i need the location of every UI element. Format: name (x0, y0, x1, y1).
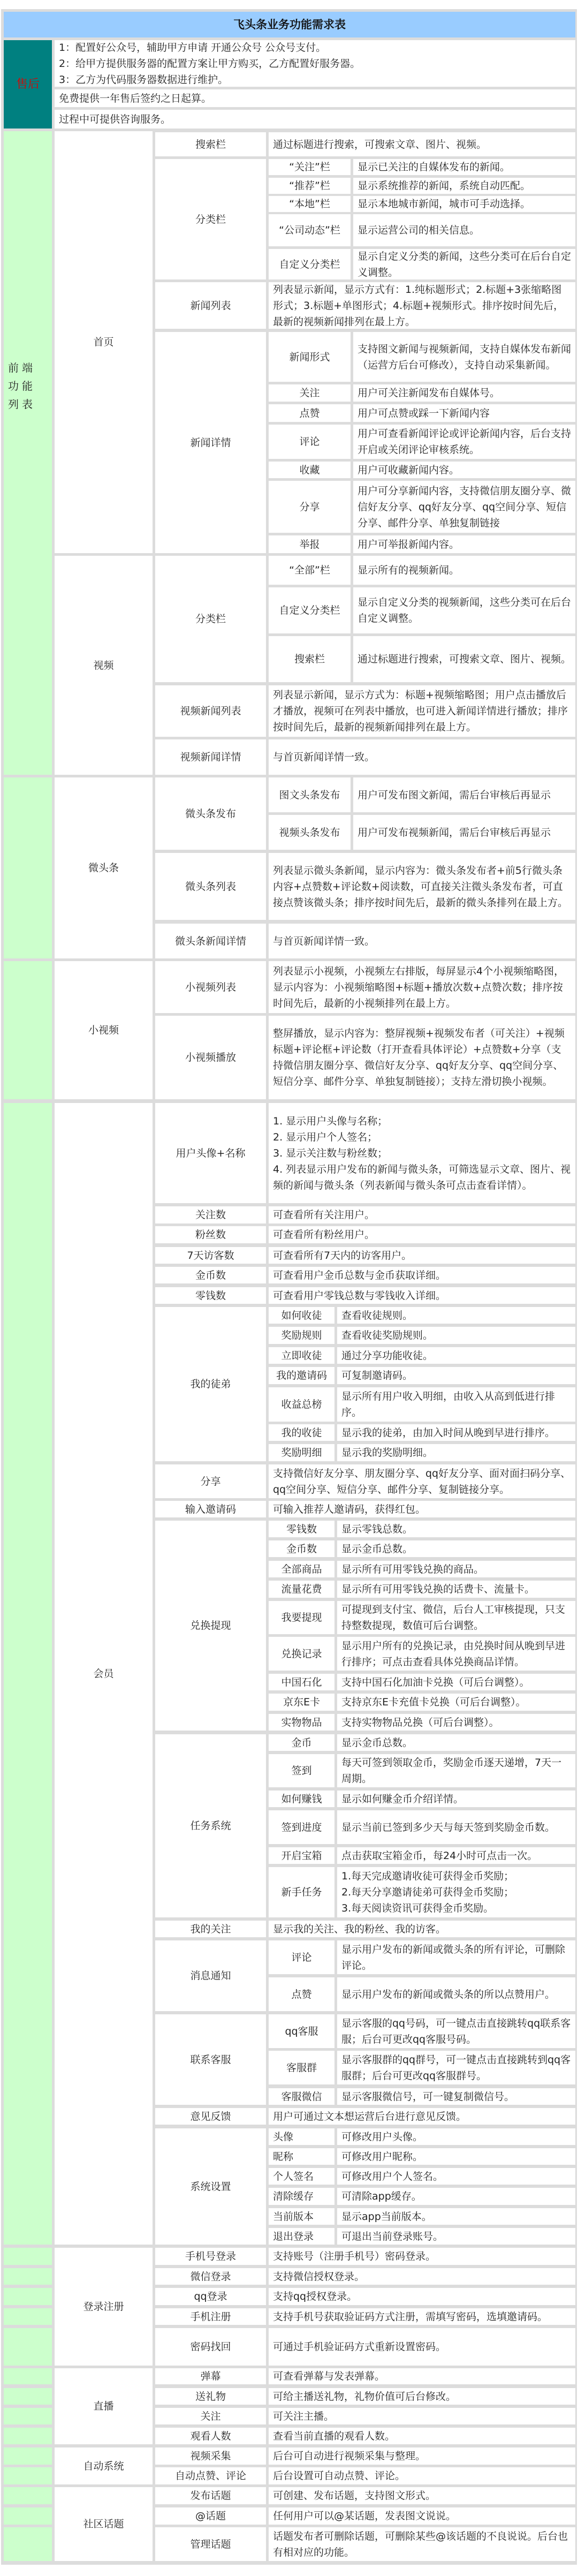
feature-name-text: 关注数 (195, 1207, 226, 1223)
section-name: 直播 (55, 2368, 153, 2444)
section-name-text: 直播 (93, 2398, 113, 2414)
feature-name-text: 视频新闻详情 (180, 749, 241, 765)
sub-feature-desc-text: 可修改用户昵称。 (341, 2149, 423, 2165)
feature-name-text: 用户头像+名称 (176, 1145, 246, 1161)
sub-feature-name: 我的收徒 (269, 1424, 334, 1441)
feature-desc-text: 支持微信好友分享、朋友圈分享、qq好友分享、面对面扫码分享、qq空间分享、短信分… (273, 1465, 571, 1498)
sub-feature-name-text: 我的邀请码 (276, 1368, 327, 1384)
feature-name: 兑换提现 (155, 1521, 266, 1731)
sub-feature-name-text: 个人签名 (273, 2169, 314, 2185)
sub-feature-desc-text: 查看收徒规则。 (341, 1308, 413, 1324)
sub-feature-desc-text: 显示我的徒弟，由加入时间从晚到早进行排序。 (341, 1425, 555, 1441)
sub-feature-name: 我的邀请码 (269, 1367, 334, 1384)
feature-desc: 支持账号（注册手机号）密码登录。 (269, 2248, 575, 2265)
sub-feature-desc-text: 显示客服微信号，可一键复制微信号。 (341, 2089, 514, 2105)
sub-feature-name-text: 搜索栏 (294, 651, 325, 667)
feature-name: 我的关注 (155, 1921, 266, 1937)
feature-name: 手机注册 (155, 2308, 266, 2325)
sub-feature-desc: 显示本地城市新闻，城市可手动选择。 (353, 196, 575, 212)
feature-name-text: 新闻详情 (190, 435, 231, 451)
feature-name-text: 微信登录 (190, 2269, 231, 2285)
feature-desc-text: 列表显示新闻，显示方式有：1.纯标题形式；2.标题+3张缩略图形式；3.标题+单… (273, 282, 571, 329)
page-title-text: 飞头条业务功能需求表 (233, 17, 346, 33)
feature-desc: 显示我的关注、我的粉丝、我的访客。 (269, 1921, 575, 1937)
sub-feature-name: 我要提现 (269, 1601, 334, 1634)
feature-desc-text: 话题发布者可删除话题，可删除某些@该话题的不良说说。后台也有相对应的功能。 (273, 2528, 571, 2560)
feature-desc: 支持手机号获取验证码方式注册，需填写密码，选填邀请码。 (269, 2308, 575, 2325)
sub-feature-name: 客服群 (269, 2051, 334, 2084)
sub-feature-name-text: 自定义分类栏 (279, 256, 340, 273)
sub-feature-name: 签到进度 (269, 1810, 334, 1844)
sub-feature-name: 新闻形式 (269, 332, 351, 382)
feature-desc: 列表显示小视频，小视频左右排版，每屏显示4个小视频缩略图，显示内容为：小视频缩略… (269, 961, 575, 1013)
sub-feature-name-text: 收益总榜 (281, 1396, 322, 1412)
section-name: 登录注册 (55, 2248, 153, 2366)
section-marker (4, 2507, 52, 2525)
sub-feature-name-text: “关注”栏 (289, 159, 330, 175)
after-sales-item: 免费提供一年售后签约之日起算。 (55, 89, 575, 107)
sub-feature-desc-text: 显示当前已签到多少天与每天签到奖励金币数。 (341, 1819, 555, 1835)
sub-feature-desc-text: 可修改用户个人签名。 (341, 2169, 443, 2185)
sub-feature-name: 退出登录 (269, 2228, 334, 2245)
feature-name-text: 微头条新闻详情 (175, 933, 246, 949)
sub-feature-desc: 用户可发布图文新闻，需后台审核后再显示 (353, 777, 575, 812)
feature-desc-text: 后台设置可自动点赞、评论。 (273, 2468, 405, 2484)
sub-feature-name-text: 奖励规则 (281, 1327, 322, 1343)
feature-name: 7天访客数 (155, 1247, 266, 1264)
sub-feature-desc-text: 显示我的奖励明细。 (341, 1445, 433, 1461)
sub-feature-name: 当前版本 (269, 2208, 334, 2225)
feature-desc: 可给主播送礼物，礼物价值可后台修改。 (269, 2388, 575, 2405)
sub-feature-desc: 显示零钱总数。 (337, 1521, 575, 1537)
frontend-feature-list-label: 前端功能列表 (4, 131, 52, 775)
feature-desc: 可输入推荐人邀请码，获得红包。 (269, 1501, 575, 1517)
section-marker (4, 2268, 52, 2285)
feature-name: 自动点赞、评论 (155, 2467, 266, 2484)
sub-feature-desc-text: 显示零钱总数。 (341, 1521, 413, 1537)
sub-feature-desc-text: 显示用户发布的新闻或微头条的所有评论，可删除评论。 (341, 1942, 571, 1974)
sub-feature-name-text: 流量花费 (281, 1581, 322, 1597)
sub-feature-name-text: 点赞 (299, 405, 320, 421)
sub-feature-name: 昵称 (269, 2148, 334, 2165)
sub-feature-desc: 显示客服群的qq群号，可一键点击直接跳转到qq客服群；后台可更改qq客服群号。 (337, 2051, 575, 2084)
sub-feature-name: 分享 (269, 481, 351, 533)
feature-name-text: 视频新闻列表 (180, 703, 241, 719)
feature-name: 关注 (155, 2408, 266, 2424)
sub-feature-name: 实物物品 (269, 1714, 334, 1731)
feature-desc: 可查看所有7天内的访客用户。 (269, 1247, 575, 1264)
sub-feature-desc-text: 显示所有可用零钱兑换的商品。 (341, 1561, 484, 1577)
sub-feature-name: 立即收徒 (269, 1347, 334, 1364)
feature-desc: 可通过手机验证码方式重新设置密码。 (269, 2328, 575, 2366)
feature-desc-text: 列表显示小视频，小视频左右排版，每屏显示4个小视频缩略图，显示内容为：小视频缩略… (273, 963, 571, 1011)
sub-feature-name-text: 金币 (291, 1735, 311, 1751)
sub-feature-desc-text: 每天可签到领取金币，奖励金币逐天递增，7天一周期。 (341, 1755, 571, 1787)
feature-desc: 列表显示新闻，显示方式有：1.纯标题形式；2.标题+3张缩略图形式；3.标题+单… (269, 282, 575, 329)
feature-name: 微头条列表 (155, 853, 266, 920)
feature-name-text: 关注 (200, 2408, 220, 2424)
feature-name-text: 送礼物 (195, 2389, 226, 2405)
sub-feature-desc-text: 显示如何赚金币介绍详情。 (341, 1791, 463, 1807)
after-sales-item-text: 过程中可提供咨询服务。 (59, 111, 171, 127)
feature-name-text: 新闻列表 (190, 298, 231, 314)
feature-name: 输入邀请码 (155, 1501, 266, 1517)
feature-name: 送礼物 (155, 2388, 266, 2405)
sub-feature-name-text: 昵称 (273, 2149, 293, 2165)
feature-name-text: 兑换提现 (190, 1618, 231, 1634)
feature-name: @话题 (155, 2507, 266, 2525)
after-sales-item: 过程中可提供咨询服务。 (55, 110, 575, 129)
sub-feature-name: 兑换记录 (269, 1637, 334, 1671)
sub-feature-desc: 可提现到支付宝、微信，后台人工审核提现，只支持整数提现，数值可后台调整。 (337, 1601, 575, 1634)
sub-feature-desc: 支持京东E卡充值卡兑换（可后台调整）。 (337, 1694, 575, 1711)
sub-feature-desc-text: 可修改用户头像。 (341, 2129, 423, 2145)
sub-feature-desc-text: 用户可关注新闻发布自媒体号。 (358, 385, 500, 401)
sub-feature-desc: 显示自定义分类的新闻，这些分类可在后台自定义调整。 (353, 249, 575, 279)
feature-name-text: 自动点赞、评论 (175, 2468, 246, 2484)
sub-feature-desc: 用户可发布视频新闻，需后台审核后再显示 (353, 815, 575, 850)
feature-desc-text: 整屏播放，显示内容为：整屏视频+视频发布者（可关注）+视频标题+评论框+评论数（… (273, 1025, 571, 1090)
feature-desc: 用户可通过文本想运营后台进行意见反馈。 (269, 2108, 575, 2125)
feature-desc: 支持微信授权登录。 (269, 2268, 575, 2285)
feature-name: 微信登录 (155, 2268, 266, 2285)
feature-name: 任务系统 (155, 1734, 266, 1917)
sub-feature-desc: 显示所有的视频新闻。 (353, 556, 575, 585)
sub-feature-desc-text: 用户可发布图文新闻，需后台审核后再显示 (358, 787, 551, 803)
sub-feature-desc: 显示当前已签到多少天与每天签到奖励金币数。 (337, 1810, 575, 1844)
section-marker (4, 2328, 52, 2366)
sub-feature-desc-text: 显示所有可用零钱兑换的话费卡、流量卡。 (341, 1581, 535, 1597)
sub-feature-name-text: 收藏 (299, 462, 320, 478)
feature-name-text: 意见反馈 (190, 2109, 231, 2125)
section-marker (4, 2408, 52, 2424)
sub-feature-name: 自定义分类栏 (269, 587, 351, 633)
sub-feature-desc: 可修改用户个人签名。 (337, 2168, 575, 2185)
section-name-text: 会员 (93, 1666, 113, 1682)
feature-name-text: 分类栏 (195, 611, 226, 627)
feature-desc: 查看当前直播的观看人数。 (269, 2428, 575, 2444)
feature-name-text: 联系客服 (190, 2052, 231, 2068)
section-marker (4, 2288, 52, 2305)
feature-name: 视频新闻列表 (155, 685, 266, 737)
feature-name-text: 视频采集 (190, 2448, 231, 2464)
feature-desc-text: 可关注主播。 (273, 2408, 334, 2424)
sub-feature-name-text: 零钱数 (286, 1521, 317, 1537)
feature-name-text: 微头条发布 (185, 806, 236, 822)
sub-feature-name-text: 兑换记录 (281, 1646, 322, 1662)
feature-name: 消息通知 (155, 1940, 266, 2011)
feature-name-text: 我的徒弟 (190, 1376, 231, 1392)
feature-desc-text: 可通过手机验证码方式重新设置密码。 (273, 2339, 446, 2355)
feature-desc-text: 列表显示新闻，显示方式为：标题+视频缩略图；用户点击播放后才播放，视频可在列表中… (273, 687, 571, 735)
sub-feature-desc: 显示金币总数。 (337, 1540, 575, 1557)
sub-feature-desc: 用户可关注新闻发布自媒体号。 (353, 384, 575, 402)
sub-feature-desc-text: 显示客服的qq号码，可一键点击直接跳转qq联系客服；后台可更改qq客服号码。 (341, 2015, 571, 2048)
sub-feature-desc-text: 显示金币总数。 (341, 1541, 413, 1557)
feature-name: 弹幕 (155, 2368, 266, 2384)
feature-desc: 可查看用户零钱总数与零钱收入详细。 (269, 1287, 575, 1304)
sub-feature-name-text: 客服微信 (281, 2089, 322, 2105)
section-name: 微头条 (55, 777, 153, 958)
feature-desc: 后台可自动进行视频采集与整理。 (269, 2447, 575, 2465)
sub-feature-name: 收藏 (269, 462, 351, 478)
feature-name: 系统设置 (155, 2128, 266, 2245)
feature-name-text: @话题 (195, 2508, 226, 2524)
section-marker (4, 2388, 52, 2405)
feature-desc-text: 可查看所有7天内的访客用户。 (273, 1248, 412, 1264)
feature-desc-text: 通过标题进行搜索，可搜索文章、图片、视频。 (273, 137, 486, 153)
feature-name-text: 消息通知 (190, 1968, 231, 1984)
section-name-text: 首页 (93, 334, 113, 350)
feature-desc-text: 支持qq授权登录。 (273, 2288, 357, 2305)
after-sales-label-text: 售后 (16, 77, 40, 93)
sub-feature-name: 搜索栏 (269, 636, 351, 682)
sub-feature-name-text: 头像 (273, 2129, 293, 2145)
sub-feature-name-text: 奖励明细 (281, 1445, 322, 1461)
sub-feature-desc-text: 点击获取宝箱金币，每24小时可点击一次。 (341, 1848, 537, 1864)
section-marker (4, 961, 52, 1099)
sub-feature-name-text: 新手任务 (281, 1884, 322, 1900)
sub-feature-desc: 可复制邀请码。 (337, 1367, 575, 1384)
feature-desc: 后台设置可自动点赞、评论。 (269, 2467, 575, 2484)
sub-feature-desc: 显示如何赚金币介绍详情。 (337, 1791, 575, 1807)
section-name: 视频 (55, 556, 153, 775)
sub-feature-desc: 支持图文新闻与视频新闻，支持自媒体发布新闻（运营方后台可修改），支持自动采集新闻… (353, 332, 575, 382)
feature-desc: 列表显示新闻，显示方式为：标题+视频缩略图；用户点击播放后才播放，视频可在列表中… (269, 685, 575, 737)
section-name-text: 登录注册 (83, 2299, 124, 2315)
feature-desc: 通过标题进行搜索，可搜索文章、图片、视频。 (269, 132, 575, 156)
sub-feature-name-text: 我的收徒 (281, 1425, 322, 1441)
sub-feature-desc: 显示客服微信号，可一键复制微信号。 (337, 2088, 575, 2105)
sub-feature-name: 中国石化 (269, 1674, 334, 1690)
sub-feature-name-text: 评论 (299, 434, 320, 450)
section-marker (4, 2368, 52, 2384)
feature-desc-text: 列表显示微头条新闻，显示内容为：微头条发布者+前5行微头条内容+点赞数+评论数+… (273, 863, 571, 911)
feature-name-text: 粉丝数 (195, 1227, 226, 1243)
sub-feature-desc: 显示用户所有的兑换记录，由兑换时间从晚到早进行排序；可点击查看具体兑换商品详情。 (337, 1637, 575, 1671)
feature-desc-text: 可给主播送礼物，礼物价值可后台修改。 (273, 2389, 456, 2405)
feature-desc-text: 可输入推荐人邀请码，获得红包。 (273, 1501, 425, 1517)
feature-name-text: 分类栏 (195, 211, 226, 228)
after-sales-item-text: 免费提供一年售后签约之日起算。 (59, 90, 211, 107)
sub-feature-desc: 显示app当前版本。 (337, 2208, 575, 2225)
sub-feature-desc-text: 支持图文新闻与视频新闻，支持自媒体发布新闻（运营方后台可修改），支持自动采集新闻… (358, 341, 571, 373)
feature-desc-text: 与首页新闻详情一致。 (273, 749, 375, 765)
page-title: 飞头条业务功能需求表 (4, 12, 575, 37)
feature-desc: 可创建、发布话题，支持图文形式。 (269, 2487, 575, 2504)
sub-feature-name-text: 我要提现 (281, 1610, 322, 1626)
sub-feature-desc-text: 可退出当前登录账号。 (341, 2228, 443, 2245)
sub-feature-desc-text: 显示用户所有的兑换记录，由兑换时间从晚到早进行排序；可点击查看具体兑换商品详情。 (341, 1638, 571, 1670)
feature-name-text: 管理话题 (190, 2536, 231, 2552)
feature-name-text: 零钱数 (195, 1288, 226, 1304)
section-name: 自动系统 (55, 2447, 153, 2484)
feature-name: qq登录 (155, 2288, 266, 2305)
sub-feature-name-text: 京东E卡 (283, 1694, 320, 1710)
sub-feature-name-text: qq客服 (285, 2023, 318, 2039)
sub-feature-name: 客服微信 (269, 2088, 334, 2105)
sub-feature-name: 京东E卡 (269, 1694, 334, 1711)
section-marker (4, 2248, 52, 2265)
section-marker (4, 2467, 52, 2484)
sub-feature-name-text: 关注 (299, 385, 320, 401)
feature-desc: 可查看所有粉丝用户。 (269, 1226, 575, 1243)
sub-feature-name-text: 图文头条发布 (279, 787, 340, 803)
sub-feature-name-text: 点赞 (291, 1986, 311, 2003)
sub-feature-desc: 用户可举报新闻内容。 (353, 535, 575, 553)
sub-feature-desc-text: 显示用户发布的新闻或微头条的所以点赞用户。 (341, 1986, 555, 2003)
feature-name-text: 金币数 (195, 1267, 226, 1283)
section-name-text: 自动系统 (83, 2458, 124, 2474)
sub-feature-name: 评论 (269, 1940, 334, 1974)
sub-feature-desc-text: 用户可收藏新闻内容。 (358, 462, 459, 478)
feature-desc: 可查看所有关注用户。 (269, 1206, 575, 1223)
section-marker (4, 2527, 52, 2561)
sub-feature-name-text: “全部”栏 (289, 562, 330, 578)
sub-feature-name: 零钱数 (269, 1521, 334, 1537)
sub-feature-desc-text: 显示系统推荐的新闻，系统自动匹配。 (358, 178, 530, 194)
section-name-text: 视频 (93, 658, 113, 674)
feature-desc-text: 支持账号（注册手机号）密码登录。 (273, 2248, 436, 2264)
sub-feature-desc-text: 1.每天完成邀请收徒可获得金币奖励； 2.每天分享邀请徒弟可获得金币奖励； 3.… (341, 1868, 514, 1916)
sub-feature-name-text: 签到 (291, 1763, 311, 1779)
sub-feature-desc-text: 可清除app缓存。 (341, 2188, 422, 2204)
feature-name: 观看人数 (155, 2428, 266, 2444)
sub-feature-desc-text: 用户可发布视频新闻，需后台审核后再显示 (358, 825, 551, 841)
sub-feature-name: 个人签名 (269, 2168, 334, 2185)
sub-feature-name: 金币 (269, 1734, 334, 1751)
feature-name-text: 手机号登录 (185, 2248, 236, 2264)
feature-name: 用户头像+名称 (155, 1103, 266, 1203)
section-marker (4, 2447, 52, 2465)
feature-desc: 与首页新闻详情一致。 (269, 924, 575, 958)
feature-name-text: 微头条列表 (185, 879, 236, 895)
section-marker (4, 2308, 52, 2325)
feature-desc-text: 可查看弹幕与发表弹幕。 (273, 2368, 385, 2384)
sub-feature-name-text: 中国石化 (281, 1674, 322, 1690)
after-sales-item: 1：配置好公众号，辅助甲方申请 开通公众号 公众号支付。 2：给甲方提供服务器的… (55, 40, 575, 87)
frontend-feature-list-label-text: 前端功能列表 (8, 359, 48, 413)
feature-name: 搜索栏 (155, 132, 266, 156)
feature-desc: 整屏播放，显示内容为：整屏视频+视频发布者（可关注）+视频标题+评论框+评论数（… (269, 1016, 575, 1099)
sub-feature-name-text: 如何收徒 (281, 1308, 322, 1324)
sub-feature-name-text: 分享 (299, 499, 320, 515)
feature-name: 金币数 (155, 1267, 266, 1283)
feature-desc-text: 可查看用户零钱总数与零钱收入详细。 (273, 1288, 446, 1304)
sub-feature-name-text: 金币数 (286, 1541, 317, 1557)
feature-name: 微头条新闻详情 (155, 924, 266, 958)
feature-name-text: 搜索栏 (195, 137, 226, 153)
sub-feature-desc-text: 可复制邀请码。 (341, 1368, 413, 1384)
sub-feature-name: 头像 (269, 2128, 334, 2145)
section-name-text: 社区话题 (83, 2516, 124, 2532)
feature-name: 视频采集 (155, 2447, 266, 2465)
sub-feature-desc: 通过分享功能收徒。 (337, 1347, 575, 1364)
sub-feature-desc: 显示已关注的自媒体发布的新闻。 (353, 159, 575, 175)
sub-feature-name-text: 退出登录 (273, 2228, 314, 2245)
section-marker (4, 2487, 52, 2504)
sub-feature-desc-text: 支持中国石化加油卡兑换（可后台调整）。 (341, 1674, 530, 1690)
after-sales-item-text: 1：配置好公众号，辅助甲方申请 开通公众号 公众号支付。 2：给甲方提供服务器的… (59, 40, 360, 87)
sub-feature-desc: 每天可签到领取金币，奖励金币逐天递增，7天一周期。 (337, 1754, 575, 1787)
section-marker (4, 2428, 52, 2444)
sub-feature-desc-text: 查看收徒奖励规则。 (341, 1327, 433, 1343)
sub-feature-name: 如何收徒 (269, 1307, 334, 1324)
sub-feature-name: “关注”栏 (269, 159, 351, 175)
sub-feature-desc-text: 用户可点赞或踩一下新闻内容 (358, 405, 490, 421)
sub-feature-desc: 查看收徒奖励规则。 (337, 1327, 575, 1344)
feature-desc: 话题发布者可删除话题，可删除某些@该话题的不良说说。后台也有相对应的功能。 (269, 2527, 575, 2561)
feature-desc-text: 可创建、发布话题，支持图文形式。 (273, 2488, 436, 2504)
sub-feature-desc-text: 显示本地城市新闻，城市可手动选择。 (358, 196, 530, 212)
sub-feature-desc: 查看收徒规则。 (337, 1307, 575, 1324)
sub-feature-desc: 通过标题进行搜索，可搜索文章、图片、视频。 (353, 636, 575, 682)
sub-feature-desc: 1.每天完成邀请收徒可获得金币奖励； 2.每天分享邀请徒弟可获得金币奖励； 3.… (337, 1867, 575, 1917)
sub-feature-name: 签到 (269, 1754, 334, 1787)
feature-desc: 任何用户可以@某话题，发表图文说说。 (269, 2507, 575, 2525)
sub-feature-name: “推荐”栏 (269, 178, 351, 194)
section-name: 小视频 (55, 961, 153, 1099)
sub-feature-name-text: 开启宝箱 (281, 1848, 322, 1864)
feature-name: 微头条发布 (155, 777, 266, 850)
feature-name-text: 观看人数 (190, 2428, 231, 2444)
feature-desc-text: 支持手机号获取验证码方式注册，需填写密码，选填邀请码。 (273, 2309, 547, 2325)
requirements-table: 飞头条业务功能需求表售后1：配置好公众号，辅助甲方申请 开通公众号 公众号支付。… (1, 9, 577, 2565)
feature-name-text: 小视频播放 (185, 1049, 236, 1066)
sub-feature-name-text: 立即收徒 (281, 1348, 322, 1364)
sub-feature-desc-text: 用户可查看新闻评论或评论新闻内容，后台支持开启或关闭评论审核系统。 (358, 426, 571, 458)
sub-feature-name-text: 新闻形式 (289, 349, 330, 365)
sub-feature-desc: 用户可分享新闻内容，支持微信朋友圈分享、微信好友分享、qq好友分享、qq空间分享… (353, 481, 575, 533)
section-name-text: 小视频 (88, 1022, 119, 1038)
feature-name-text: 发布话题 (190, 2488, 231, 2504)
feature-name: 新闻列表 (155, 282, 266, 329)
feature-name-text: 分享 (200, 1474, 220, 1490)
section-name-text: 微头条 (88, 860, 119, 876)
sub-feature-desc: 用户可收藏新闻内容。 (353, 462, 575, 478)
sub-feature-desc: 显示所有可用零钱兑换的话费卡、流量卡。 (337, 1581, 575, 1598)
feature-name: 分享 (155, 1464, 266, 1498)
feature-desc: 与首页新闻详情一致。 (269, 739, 575, 775)
sub-feature-desc-text: 用户可举报新闻内容。 (358, 537, 459, 553)
sub-feature-desc: 显示我的徒弟，由加入时间从晚到早进行排序。 (337, 1424, 575, 1441)
sub-feature-desc-text: 用户可分享新闻内容，支持微信朋友圈分享、微信好友分享、qq好友分享、qq空间分享… (358, 483, 571, 531)
sub-feature-name-text: 如何赚钱 (281, 1791, 322, 1807)
feature-desc: 可关注主播。 (269, 2408, 575, 2424)
sub-feature-desc: 可修改用户头像。 (337, 2128, 575, 2145)
sub-feature-name: 开启宝箱 (269, 1847, 334, 1864)
feature-name: 新闻详情 (155, 332, 266, 553)
sub-feature-name-text: 签到进度 (281, 1819, 322, 1835)
sub-feature-name: 金币数 (269, 1540, 334, 1557)
sub-feature-name-text: 举报 (299, 537, 320, 553)
sub-feature-desc-text: 显示自定义分类的新闻，这些分类可在后台自定义调整。 (358, 249, 571, 279)
feature-name-text: 手机注册 (190, 2309, 231, 2325)
sub-feature-desc: 显示系统推荐的新闻，系统自动匹配。 (353, 178, 575, 194)
sub-feature-desc: 显示我的奖励明细。 (337, 1444, 575, 1461)
feature-name: 零钱数 (155, 1287, 266, 1304)
sub-feature-desc-text: 通过分享功能收徒。 (341, 1348, 433, 1364)
sub-feature-desc: 可清除app缓存。 (337, 2188, 575, 2205)
sub-feature-name: “公司动态”栏 (269, 214, 351, 246)
feature-desc-text: 任何用户可以@某话题，发表图文说说。 (273, 2508, 456, 2524)
sub-feature-desc-text: 支持实物物品兑换（可后台调整）。 (341, 1714, 499, 1731)
section-marker (4, 1103, 52, 2245)
sub-feature-desc-text: 通过标题进行搜索，可搜索文章、图片、视频。 (358, 651, 571, 667)
feature-name-text: 系统设置 (190, 2179, 231, 2195)
feature-desc-text: 后台可自动进行视频采集与整理。 (273, 2448, 425, 2464)
sub-feature-name: “本地”栏 (269, 196, 351, 212)
